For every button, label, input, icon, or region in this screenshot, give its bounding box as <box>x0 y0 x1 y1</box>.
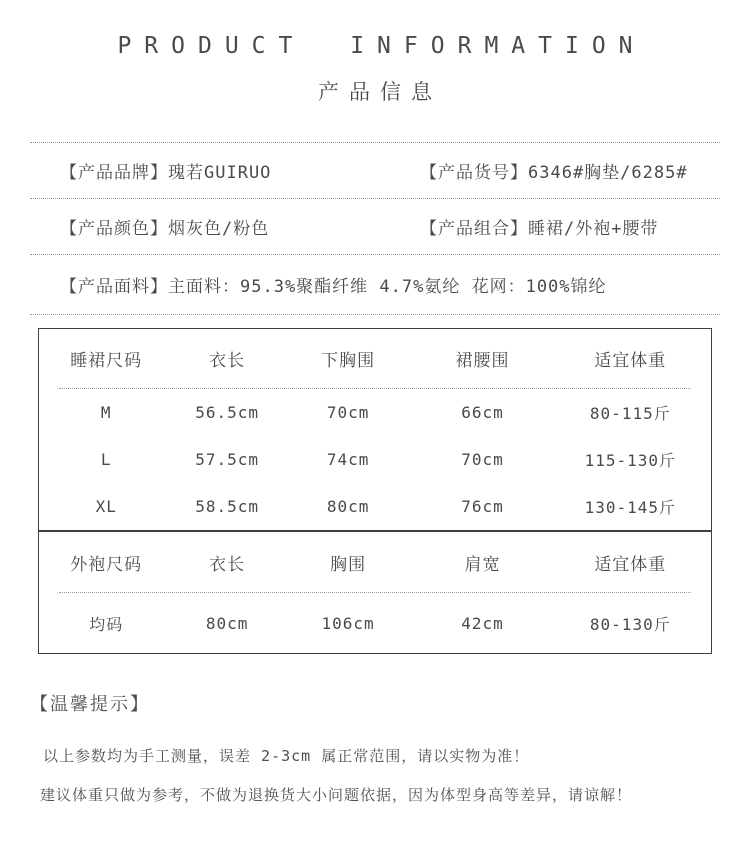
table-cell: M <box>39 403 173 422</box>
robe-size-table-body: 均码 80cm 106cm 42cm 80-130斤 <box>39 593 711 653</box>
warm-tips-line: 以上参数均为手工测量，误差 2-3cm 属正常范围，请以实物为准！ <box>43 745 632 766</box>
table-row: M 56.5cm 70cm 66cm 80-115斤 <box>39 389 711 436</box>
attribute-label: 【产品面料】 <box>60 277 168 297</box>
warm-tips-line: 建议体重只做为参考，不做为退换货大小问题依据，因为体型身高等差异，请谅解！ <box>40 784 632 805</box>
attribute-row-color-combo: 【产品颜色】烟灰色/粉色 【产品组合】睡裙/外袍+腰带 <box>30 198 720 254</box>
table-cell: 58.5cm <box>173 497 281 516</box>
table-cell: 130-145斤 <box>550 495 711 518</box>
attribute-label: 【产品品牌】 <box>60 163 168 183</box>
column-header: 下胸围 <box>281 346 415 371</box>
product-attributes-section: 【产品品牌】瑰若GUIRUO 【产品货号】6346#胸垫/6285# 【产品颜色… <box>30 142 720 315</box>
attribute-row-brand-itemno: 【产品品牌】瑰若GUIRUO 【产品货号】6346#胸垫/6285# <box>30 142 720 198</box>
size-chart: 睡裙尺码 衣长 下胸围 裙腰围 适宜体重 M 56.5cm 70cm 66cm … <box>38 328 712 654</box>
page-title-chinese: 产品信息 <box>0 76 750 106</box>
attribute-value: 睡裙/外袍+腰带 <box>528 219 658 239</box>
attribute-label: 【产品组合】 <box>420 219 528 239</box>
table-cell: 80cm <box>173 614 281 633</box>
column-header: 肩宽 <box>415 550 549 575</box>
attribute-value: 烟灰色/粉色 <box>168 219 269 239</box>
column-header: 胸围 <box>281 550 415 575</box>
attribute-value: 主面料：95.3%聚酯纤维 4.7%氨纶 花网：100%锦纶 <box>168 277 607 297</box>
page-header: PRODUCT INFORMATION 产品信息 <box>0 0 750 106</box>
table-cell: L <box>39 450 173 469</box>
column-header: 衣长 <box>173 346 281 371</box>
table-cell: 56.5cm <box>173 403 281 422</box>
nightdress-size-table-body: M 56.5cm 70cm 66cm 80-115斤 L 57.5cm 74cm… <box>39 389 711 530</box>
table-cell: 70cm <box>415 450 549 469</box>
table-cell: XL <box>39 497 173 516</box>
warm-tips-heading: 【温馨提示】 <box>30 690 632 716</box>
attribute-brand: 【产品品牌】瑰若GUIRUO <box>30 158 420 183</box>
attribute-label: 【产品颜色】 <box>60 219 168 239</box>
column-header: 衣长 <box>173 550 281 575</box>
attribute-label: 【产品货号】 <box>420 163 528 183</box>
page-title-english: PRODUCT INFORMATION <box>0 33 750 59</box>
table-cell: 70cm <box>281 403 415 422</box>
column-header: 睡裙尺码 <box>39 346 173 371</box>
column-header: 适宜体重 <box>550 346 711 371</box>
attribute-value: 瑰若GUIRUO <box>168 163 271 183</box>
nightdress-size-table-header: 睡裙尺码 衣长 下胸围 裙腰围 适宜体重 <box>39 329 711 388</box>
product-information-sheet: PRODUCT INFORMATION 产品信息 【产品品牌】瑰若GUIRUO … <box>0 0 750 845</box>
column-header: 外袍尺码 <box>39 550 173 575</box>
table-cell: 80-115斤 <box>550 401 711 424</box>
table-cell: 42cm <box>415 614 549 633</box>
column-header: 适宜体重 <box>550 550 711 575</box>
table-cell: 均码 <box>39 612 173 635</box>
attribute-row-fabric: 【产品面料】主面料：95.3%聚酯纤维 4.7%氨纶 花网：100%锦纶 <box>30 254 720 314</box>
table-cell: 80cm <box>281 497 415 516</box>
table-cell: 115-130斤 <box>550 448 711 471</box>
table-row: 均码 80cm 106cm 42cm 80-130斤 <box>39 593 711 653</box>
attribute-fabric: 【产品面料】主面料：95.3%聚酯纤维 4.7%氨纶 花网：100%锦纶 <box>30 272 607 297</box>
table-row: XL 58.5cm 80cm 76cm 130-145斤 <box>39 483 711 530</box>
table-cell: 74cm <box>281 450 415 469</box>
table-cell: 80-130斤 <box>550 612 711 635</box>
attribute-value: 6346#胸垫/6285# <box>528 163 688 183</box>
robe-size-table-header: 外袍尺码 衣长 胸围 肩宽 适宜体重 <box>39 532 711 592</box>
table-cell: 106cm <box>281 614 415 633</box>
column-header: 裙腰围 <box>415 346 549 371</box>
table-row: L 57.5cm 74cm 70cm 115-130斤 <box>39 436 711 483</box>
table-cell: 66cm <box>415 403 549 422</box>
warm-tips-section: 【温馨提示】 以上参数均为手工测量，误差 2-3cm 属正常范围，请以实物为准！… <box>30 690 632 805</box>
attribute-color: 【产品颜色】烟灰色/粉色 <box>30 214 420 239</box>
attribute-item-number: 【产品货号】6346#胸垫/6285# <box>420 158 720 183</box>
table-cell: 57.5cm <box>173 450 281 469</box>
table-cell: 76cm <box>415 497 549 516</box>
attribute-combination: 【产品组合】睡裙/外袍+腰带 <box>420 214 720 239</box>
